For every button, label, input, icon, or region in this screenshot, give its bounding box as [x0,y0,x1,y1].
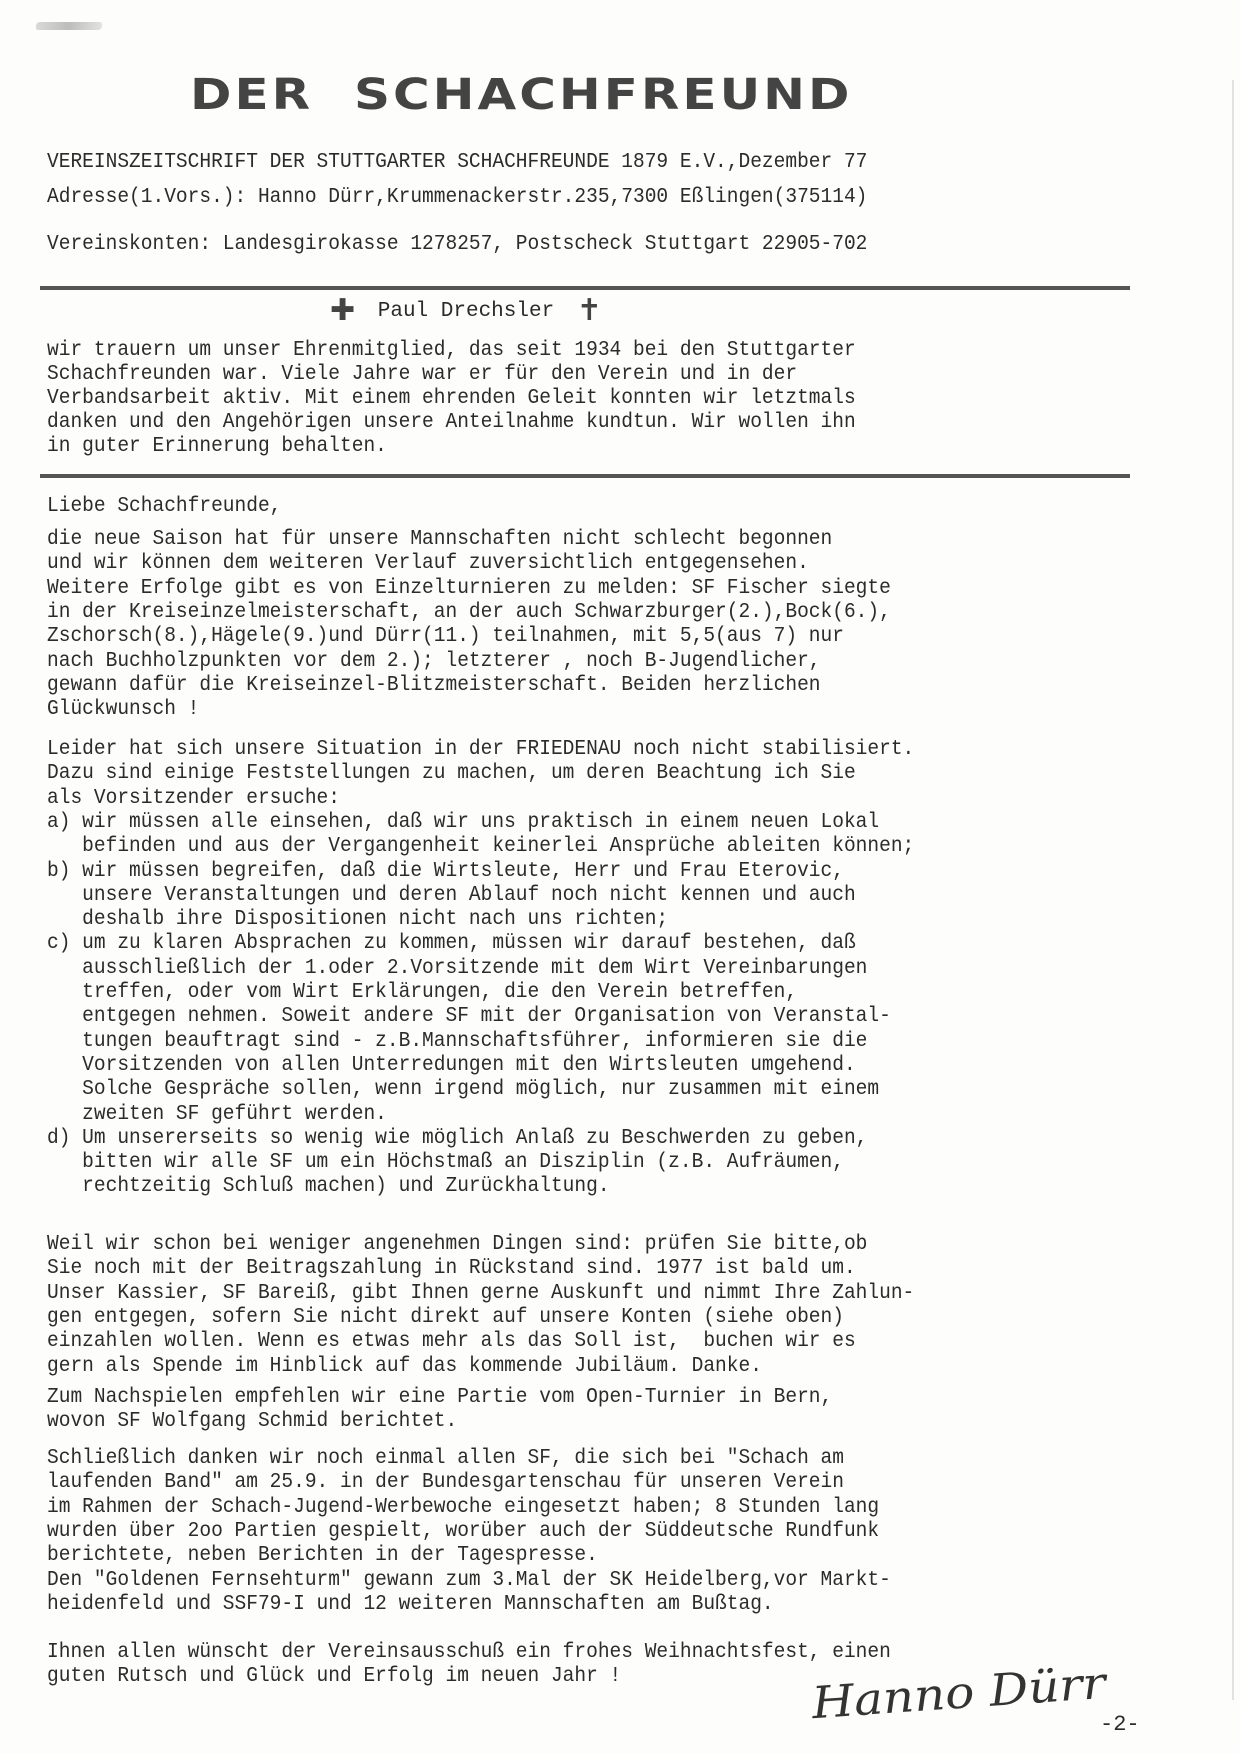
paragraph-line: ausschließlich der 1.oder 2.Vorsitzende … [47,956,867,981]
paragraph-line: wurden über 2oo Partien gespielt, worübe… [47,1519,879,1544]
paragraph-line: wovon SF Wolfgang Schmid berichtet. [47,1409,457,1434]
signature: Hanno Dürr [810,1658,1107,1729]
paragraph-line: Ihnen allen wünscht der Vereinsausschuß … [47,1640,891,1665]
paragraph-line: heidenfeld und SSF79-I und 12 weiteren M… [47,1592,774,1617]
paragraph-line: gern als Spende im Hinblick auf das komm… [47,1354,762,1379]
paragraph-line: im Rahmen der Schach-Jugend-Werbewoche e… [47,1495,879,1520]
paragraph-line: Weil wir schon bei weniger angenehmen Di… [47,1232,867,1257]
paragraph-line: guten Rutsch und Glück und Erfolg im neu… [47,1664,621,1689]
paragraph-line: Zum Nachspielen empfehlen wir eine Parti… [47,1385,832,1410]
obituary-line: Verbandsarbeit aktiv. Mit einem ehrenden… [47,386,856,411]
paragraph-line: Zschorsch(8.),Hägele(9.)und Dürr(11.) te… [47,624,844,649]
obituary-line: Schachfreunden war. Viele Jahre war er f… [47,362,797,387]
page-number: -2- [1100,1712,1140,1737]
paragraph-line: zweiten SF geführt werden. [47,1102,387,1127]
masthead-title: DER SCHACHFREUND [190,70,980,119]
paragraph-line: und wir können dem weiteren Verlauf zuve… [47,551,809,576]
paragraph-line: c) um zu klaren Absprachen zu kommen, mü… [47,931,856,956]
paragraph-line: befinden und aus der Vergangenheit keine… [47,834,914,859]
salutation: Liebe Schachfreunde, [47,494,281,519]
paragraph-line: Schließlich danken wir noch einmal allen… [47,1446,844,1471]
cross-icon: ✚ [330,293,355,328]
obituary-name: Paul Drechsler [378,300,554,323]
paragraph-line: Solche Gespräche sollen, wenn irgend mög… [47,1077,879,1102]
paragraph-line: die neue Saison hat für unsere Mannschaf… [47,527,832,552]
obituary-line: danken und den Angehörigen unsere Anteil… [47,410,856,435]
header-line: Adresse(1.Vors.): Hanno Dürr,Krummenacke… [47,185,867,210]
paragraph-line: als Vorsitzender ersuche: [47,786,340,811]
paragraph-line: unsere Veranstaltungen und deren Ablauf … [47,883,856,908]
cross-icon: ✝ [577,293,602,328]
paragraph-line: in der Kreiseinzelmeisterschaft, an der … [47,600,891,625]
paragraph-line: rechtzeitig Schluß machen) und Zurückhal… [47,1174,610,1199]
paragraph-line: Unser Kassier, SF Bareiß, gibt Ihnen ger… [47,1281,914,1306]
paragraph-line: berichtete, neben Berichten in der Tages… [47,1543,598,1568]
paragraph-line: a) wir müssen alle einsehen, daß wir uns… [47,810,879,835]
paragraph-line: Leider hat sich unsere Situation in der … [47,737,914,762]
paragraph-line: Glückwunsch ! [47,697,199,722]
paragraph-line: Dazu sind einige Feststellungen zu mache… [47,761,856,786]
paragraph-line: treffen, oder vom Wirt Erklärungen, die … [47,980,797,1005]
paragraph-line: d) Um unsererseits so wenig wie möglich … [47,1126,867,1151]
paragraph-line: einzahlen wollen. Wenn es etwas mehr als… [47,1329,856,1354]
page-edge [1232,80,1234,1700]
paragraph-line: Sie noch mit der Beitragszahlung in Rück… [47,1256,856,1281]
header-line: VEREINSZEITSCHRIFT DER STUTTGARTER SCHAC… [47,150,867,175]
paragraph-line: bitten wir alle SF um ein Höchstmaß an D… [47,1150,844,1175]
paragraph-line: Den "Goldenen Fernsehturm" gewann zum 3.… [47,1568,891,1593]
paragraph-line: gen entgegen, sofern Sie nicht direkt au… [47,1305,844,1330]
paragraph-line: deshalb ihre Dispositionen nicht nach un… [47,907,668,932]
obituary-line: wir trauern um unser Ehrenmitglied, das … [47,338,856,363]
paragraph-line: gewann dafür die Kreiseinzel-Blitzmeiste… [47,673,821,698]
paragraph-line: b) wir müssen begreifen, daß die Wirtsle… [47,859,844,884]
scan-smudge [35,22,102,30]
paragraph-line: nach Buchholzpunkten vor dem 2.); letzte… [47,649,821,674]
paragraph-line: Weitere Erfolge gibt es von Einzelturnie… [47,576,891,601]
paragraph-line: Vorsitzenden von allen Unterredungen mit… [47,1053,856,1078]
divider-bottom [40,474,1130,478]
paragraph-line: tungen beauftragt sind - z.B.Mannschafts… [47,1029,867,1054]
divider-top [40,286,1130,290]
obituary-line: in guter Erinnerung behalten. [47,434,387,459]
paragraph-line: laufenden Band" am 25.9. in der Bundesga… [47,1470,844,1495]
header-line: Vereinskonten: Landesgirokasse 1278257, … [47,232,867,257]
paragraph-line: entgegen nehmen. Soweit andere SF mit de… [47,1004,891,1029]
obituary-title: ✚ Paul Drechsler ✝ [330,293,602,328]
